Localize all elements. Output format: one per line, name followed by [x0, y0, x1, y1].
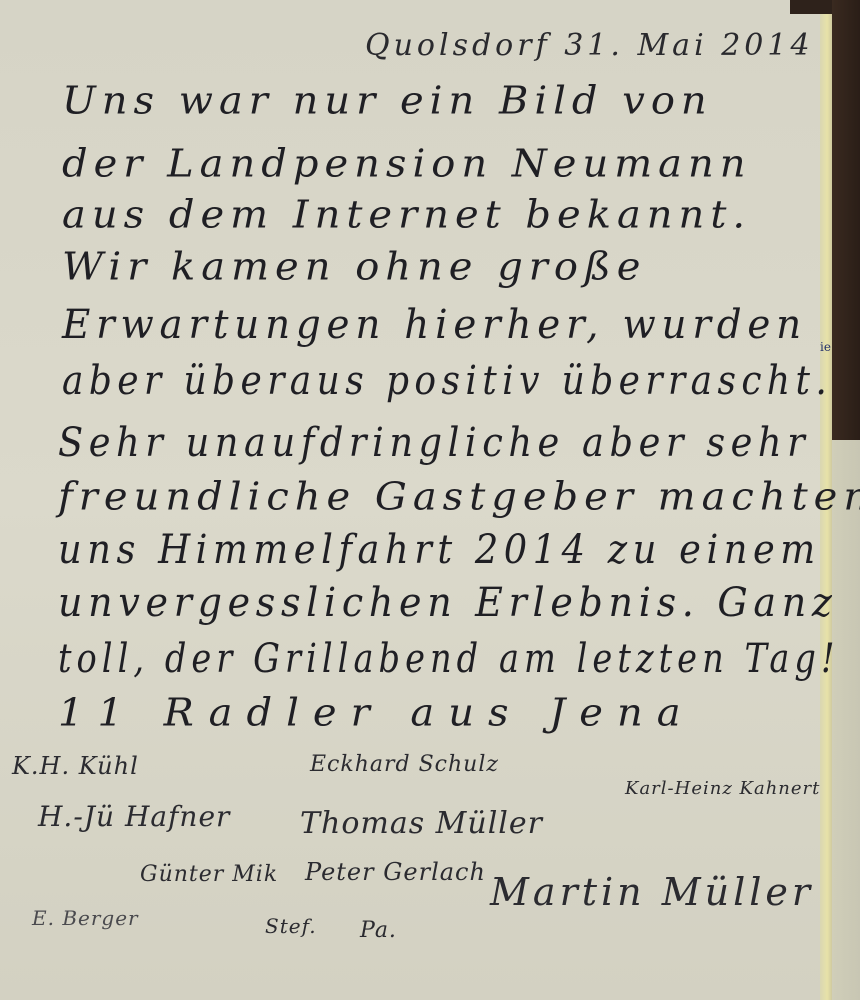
signature: H.-Jü Hafner	[38, 800, 230, 833]
signature: Peter Gerlach	[305, 858, 486, 886]
entry-line: uns Himmelfahrt 2014 zu einem	[58, 527, 821, 573]
signature: K.H. Kühl	[12, 752, 139, 780]
entry-line: Wir kamen ohne große	[62, 245, 646, 289]
entry-line: Uns war nur ein Bild von	[62, 79, 713, 123]
entry-line: der Landpension Neumann	[62, 142, 752, 186]
entry-line: freundliche Gastgeber machten	[58, 475, 860, 519]
signature: Stef.	[265, 914, 317, 938]
stray-ink-mark: ie	[820, 340, 831, 354]
signature: Karl-Heinz Kahnert	[625, 778, 820, 799]
book-cover-spine	[832, 0, 860, 440]
entry-line: unvergesslichen Erlebnis. Ganz	[58, 580, 838, 626]
entry-line: aus dem Internet bekannt.	[62, 193, 751, 237]
guestbook-photo: Quolsdorf 31. Mai 2014 Uns war nur ein B…	[0, 0, 860, 1000]
page-stack	[832, 440, 860, 1000]
signature: Günter Mik	[140, 862, 278, 887]
signature: Pa.	[360, 918, 397, 943]
signature: Thomas Müller	[300, 806, 543, 841]
signature: E. Berger	[32, 906, 139, 930]
entry-line: Erwartungen hierher, wurden	[62, 302, 807, 348]
signature: Martin Müller	[490, 870, 814, 914]
signature: Eckhard Schulz	[310, 752, 499, 777]
entry-line: toll, der Grillabend am letzten Tag!	[58, 636, 840, 682]
entry-date-location: Quolsdorf 31. Mai 2014	[365, 28, 814, 63]
group-signature: 11 Radler aus Jena	[58, 691, 695, 735]
entry-line: aber überaus positiv überrascht.	[62, 358, 832, 404]
entry-line: Sehr unaufdringliche aber sehr	[58, 420, 810, 466]
